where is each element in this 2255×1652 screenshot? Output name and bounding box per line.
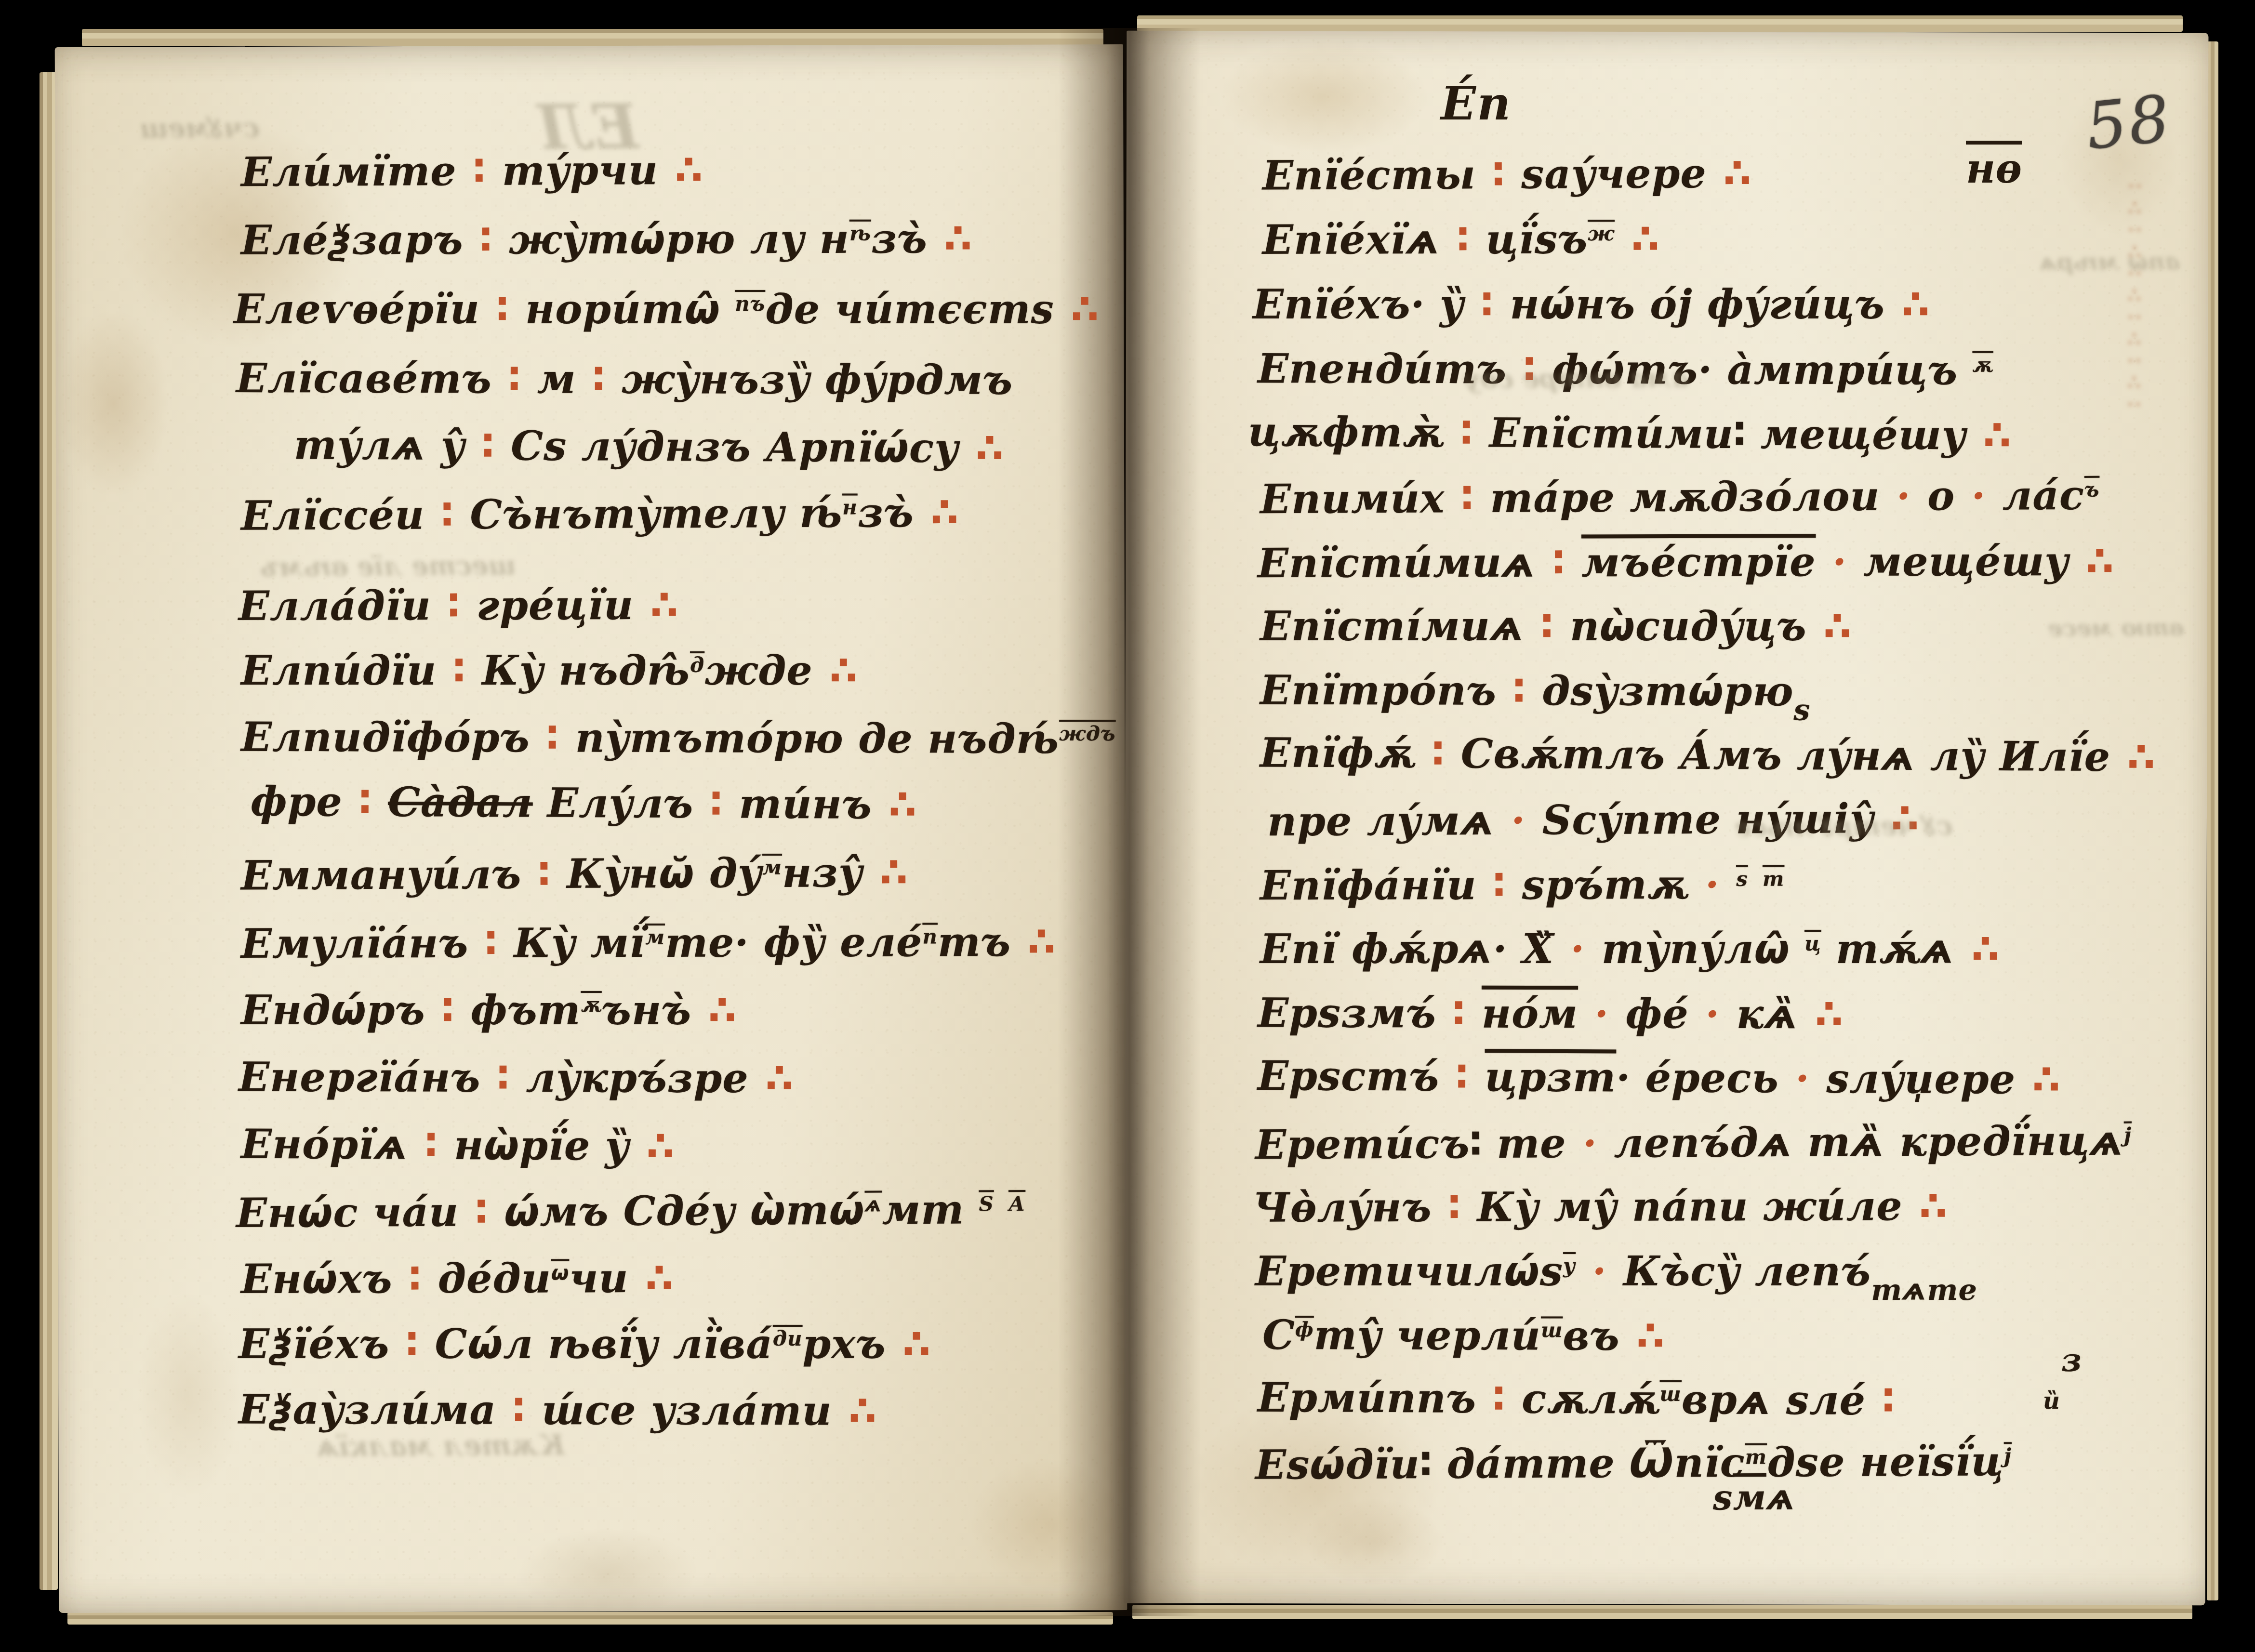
red-separator-mark: ∴ [2125,733,2158,780]
ink-text-segment: врѧ ѕле́ [1682,1375,1881,1424]
red-separator-mark: · [1831,538,1849,585]
ink-text-segment: Епїсті́миѧ [1260,602,1539,650]
ink-text-segment: Елпи́дїи [241,647,451,694]
red-separator-mark: ∴ [1969,925,2002,973]
ink-text-segment: Еммануи́лъ [241,850,536,899]
red-separator-mark: ∶ [1880,1376,1897,1424]
manuscript-line: Елпи́дїи ∶ Ку̀ нъдѣ̂джде ∴ [241,650,860,691]
manuscript-page-left [55,44,1127,1613]
ink-text-segment: м [1733,1477,1766,1518]
red-separator-mark: ∴ [1917,1182,1950,1229]
ink-text-segment: де́ди [423,1255,551,1303]
ink-text-segment: Ено́рїѧ [241,1120,424,1169]
manuscript-line: Ено́рїѧ ∶ нѡ̀рї́е у̏ ∴ [241,1124,677,1166]
ink-text-segment: гре́цїи [462,581,649,629]
show-through-ghost-text: шесте лїе вѣмъ [260,552,516,580]
ink-text-segment: жу̀тѡ́рю лу н [494,215,849,264]
manuscript-line: Еммануи́лъ ∶ Ку̀нѡ̆ ду́мнзу̂ ∴ [241,852,910,896]
ink-text-segment: Ели́мїте [241,147,471,196]
red-separator-mark: · [1581,1119,1600,1167]
show-through-ghost-text: ∶ ∴ ∶ ∴ ∶ ∴ ∶ ∴ ∶ ∴ ∶ [2123,183,2145,407]
show-through-ghost-text: Кѫтел малкїѧ [316,1431,565,1461]
red-separator-mark: ∶ [480,422,496,469]
ink-text-segment: С [1262,1311,1295,1359]
red-separator-mark: ∴ [706,986,738,1034]
page-edge-stack-right [2207,41,2218,1600]
manuscript-line: Ерети́съ∶ те · лепъ́дѧ тѧ̏ кредї́нцѧј [1255,1121,2132,1165]
manuscript-line: Еѯау̀зли́ма ∶ ш́се узла́ти ∴ [239,1389,879,1431]
red-separator-mark: ∶ [511,1386,527,1434]
manuscript-line: Елеѵѳе́рїи ∶ нори́тѡ̂ пъде чи́тєєтѕ ∴ [234,289,1101,330]
book-spread: Е́п нѳ 58 Ели́мїте ∶ ту́рчи ∴Еле́ѯзаръ ∶… [0,0,2255,1652]
ink-text-segment [1816,538,1831,585]
margin-note: и̏ [2043,1389,2060,1413]
ink-text-segment: Елеѵѳе́рїи [234,285,494,333]
manuscript-line: Епїфѫ́ ∶ Свѫ́тлъ А́мъ лу́нѧ лу̏ Илї́е ∴ [1260,732,2158,777]
red-separator-mark: ∴ [1821,602,1854,650]
ink-text-segment [373,778,388,826]
ink-text-segment: пѡ̀сиду́цъ [1555,602,1821,650]
ink-text-segment: Сѡ́л ѣвї́у лї̀ва́ [420,1320,773,1368]
manuscript-line: Епїтро́пъ ∶ дѕу̀зтѡ́рюѕ [1260,670,1811,726]
ink-text-segment: ди [773,1327,803,1350]
ink-text-segment: ѕлу́џере [1812,1055,2030,1103]
red-separator-mark: ∴ [1981,411,2014,459]
red-separator-mark: ∴ [2084,537,2117,585]
quire-mark: нѳ [1966,145,2022,192]
manuscript-line: Емулїа́нъ ∶ Ку̀ мї́мте· фу̏ еле́птъ ∴ [241,922,1058,964]
margin-note: з [2061,1344,2082,1376]
red-separator-mark: ∴ [887,780,919,828]
ink-text-segment: ѕ [1793,693,1810,727]
show-through-ghost-text: апѡ мѣрѧ [2038,250,2180,274]
manuscript-line: Енергїа́нъ ∶ лу̀кръ́зре ∴ [239,1057,796,1099]
ink-text-segment: Епїе́хїѧ [1262,215,1455,264]
ink-text-segment: Ку̀ мї́ [499,919,645,967]
show-through-ghost-text: счꙋмеш [140,114,260,142]
page-edge-stack-bottom-right [1132,1605,2192,1619]
red-separator-mark: · [1509,796,1528,844]
ink-text-segment: нѡ́нъ о́ј фу́ги́цъ [1495,280,1899,328]
ink-text-segment: тѫ́ѧ [1821,925,1969,973]
ink-text-segment: Съ̀нъту̀телу ѣ́ [455,489,843,539]
red-separator-mark: ∶ [708,780,724,827]
red-separator-mark: · [1703,990,1722,1038]
ink-text-segment: Ендѡ́ръ [241,986,440,1034]
manuscript-line: Ерѕзмъ́ ∶ но́м · фе́ · кѧ̏ ∴ [1258,993,1845,1035]
ink-text-segment: Ерѕстъ́ [1258,1052,1454,1100]
ink-text-segment: меще́шу [1849,537,2084,585]
manuscript-line: цѫфтѫ̀ ∶ Епїсти́ми∶ меще́шу ∴ [1248,411,2014,456]
manuscript-line: Еле́ѯзаръ ∶ жу̀тѡ́рю лу нѣзъ̀ ∴ [241,218,975,261]
ink-text-segment: Ерѕзмъ́ [1258,989,1451,1037]
red-separator-mark: ∶ [494,285,511,333]
ink-text-segment: ту̀пу́лѡ̂ [1587,925,1804,973]
ink-text-segment: ш [1541,1318,1563,1342]
ink-text-segment: ла́с [1988,471,2084,519]
red-separator-mark: ∶ [439,490,455,538]
scanned-manuscript-photo: { "document": { "description_label": "Cy… [0,0,2255,1652]
running-header: Е́п [1441,76,1512,131]
red-separator-mark: ∶ [591,355,607,403]
ink-text-segment: дѕу̀зтѡ́рю [1527,667,1794,715]
ink-text-segment: Енѡ́с ча́и [236,1188,474,1237]
ink-text-segment: ту̂ черли́ [1314,1311,1541,1359]
red-separator-mark: ∴ [2030,1056,2063,1103]
red-separator-mark: ∴ [673,146,705,194]
ink-text-segment: Са̀дал [388,778,533,826]
ink-text-segment: ѫ [1972,353,1993,377]
manuscript-line: Елпидїфо́ръ ∶ пу̀тъто́рю де нъдѣ́ждъ [241,717,1116,759]
ink-text-segment: ѕръ́тѫ [1507,860,1703,909]
ink-text-segment: ѧ [864,1192,882,1216]
manuscript-line: Еѯїе́хъ ∶ Сѡ́л ѣвї́у лї̀ва́дирхъ ∴ [239,1324,933,1364]
manuscript-line: Енѡ́хъ ∶ де́диѡчи ∴ [241,1258,676,1299]
ink-text-segment: Енѡ́хъ [241,1255,407,1303]
red-separator-mark: ∴ [901,1320,933,1368]
ink-text-segment: Елпидїфо́ръ [241,713,544,762]
ink-text-segment: ѧ [1766,1477,1796,1518]
stain [483,1510,734,1613]
ink-text-segment: Енергїа́нъ [239,1053,495,1101]
ink-text-segment: фе́ [1611,990,1703,1037]
ink-text-segment: фът [456,986,581,1034]
ink-text-segment: ѡ́мъ Сде́у ѡ̀тѡ́ [490,1186,865,1236]
red-separator-mark: ∶ [440,986,456,1034]
page-edge-stack-top-right [1137,15,2183,32]
ink-text-segment [1722,860,1736,908]
red-separator-mark: ∶ [1459,474,1475,522]
ink-text-segment [1578,990,1592,1037]
ink-text-segment: Епїе́хъ· у̏ [1253,280,1479,328]
ink-text-segment: ѕ [1713,1477,1733,1518]
manuscript-line: Ерѕстъ́ ∶ црзт· е́ресь · ѕлу́џере ∴ [1258,1056,2063,1100]
ink-text-segment: ѕ [1736,867,1748,891]
red-separator-mark: ∶ [407,1255,424,1302]
red-separator-mark: ∴ [1721,149,1754,197]
red-separator-mark: · [1592,990,1611,1037]
page-edge-stack-top-left [82,29,1103,46]
ink-text-segment: т [1763,867,1785,891]
ink-text-segment: Ѕ [979,1192,994,1216]
ink-text-segment: Еѯїе́хъ [239,1320,404,1368]
ink-text-segment: чи [569,1254,643,1302]
red-separator-mark: ∴ [1069,285,1101,333]
ink-text-segment: Ерми́ппъ [1258,1374,1491,1422]
ink-text-segment: Епїсти́ми∶ меще́шу [1474,409,1981,459]
manuscript-line: Елїсаве́тъ ∶ м ∶ жу̀нъзу̏ фу́рдмъ [236,358,1013,400]
ink-text-segment: Епїфѫ́ [1260,728,1430,777]
gutter-shadow [1058,28,1201,1616]
manuscript-line: Еретичилѡ́ѕу · Къ̀су̏ лепъ́тѧте [1255,1251,1977,1305]
manuscript-line: Епї фѫ́рѧ· Х̏ · ту̀пу́лѡ̂ ц тѫ́ѧ ∴ [1260,929,2002,969]
stain [1278,1481,1471,1602]
red-separator-mark: ∶ [544,714,561,761]
ink-text-segment: ждъ [1059,722,1116,745]
ink-text-segment: мъе́стрїе [1581,538,1816,586]
ink-text-segment: Епїфа́нїи [1260,861,1491,909]
ink-text-segment: сѫлѫ́ [1507,1374,1660,1423]
red-separator-mark: ∶ [1454,1053,1470,1100]
red-separator-mark: ∶ [446,582,462,629]
ink-text-segment: ту́лѧ у̂ [294,421,480,469]
ink-text-segment: Елїсаве́тъ [236,354,506,402]
red-separator-mark: · [1568,925,1587,973]
ink-text-segment: фре [251,778,358,826]
red-separator-mark: ∶ [404,1320,421,1368]
manuscript-line: Чѳ̀лу́нъ ∶ Ку̀ му̂ па́пи жи́ле ∴ [1253,1186,1950,1228]
red-separator-mark: ∶ [451,647,467,694]
manuscript-line: Сфту̂ черли́швъ ∴ [1262,1315,1667,1356]
ink-text-segment: ти́нъ [724,780,887,828]
red-separator-mark: ∶ [473,1188,490,1235]
red-separator-mark: ∶ [1459,409,1475,456]
red-separator-mark: ∴ [1813,990,1845,1038]
red-separator-mark: ∶ [495,1054,511,1101]
manuscript-line: Епїе́хїѧ ∶ цї́ѕъж ∴ [1262,219,1662,260]
ink-text-segment: м [762,856,782,879]
red-separator-mark: ∴ [1025,918,1058,965]
ink-text-segment: въ [1563,1311,1634,1359]
red-separator-mark: · [1703,860,1722,908]
show-through-ghost-text: ЕЛ [537,96,639,158]
red-separator-mark: · [1793,1054,1812,1102]
ink-text-segment: жде [704,647,827,694]
red-separator-mark: ∴ [877,848,910,896]
red-separator-mark: ∶ [1539,602,1555,650]
red-separator-mark: ∴ [827,647,860,694]
manuscript-line: Еѕѡ́дїи∶ да́тте Ѿпїстдѕе неїѕї́цј [1255,1441,2012,1485]
ink-text-segment: т [1745,1445,1767,1469]
red-separator-mark: ∴ [643,1254,676,1302]
ink-text-segment: Еретичилѡ́ѕ [1255,1247,1563,1295]
manuscript-line: Епими́х ∶ та́ре мѫдзо́лои · о · ла́съ [1260,475,2100,520]
red-separator-mark: ∶ [1451,989,1467,1037]
manuscript-line: Епїсті́миѧ ∶ пѡ̀сиду́цъ ∴ [1260,606,1854,647]
ink-text-segment: нзу̂ [782,848,878,897]
red-separator-mark: ∶ [1551,539,1567,586]
red-separator-mark: ∶ [536,850,552,898]
red-separator-mark: ∶ [1479,280,1496,328]
ink-text-segment: Еѯау̀зли́ма [239,1385,511,1433]
ink-text-segment: Епїсти́миѧ [1258,539,1551,587]
ink-text-segment: де чи́тєєтѕ [765,285,1069,333]
ink-text-segment: и̏ [2043,1388,2060,1414]
ink-text-segment: нѡ̀рї́е у̏ [439,1121,645,1170]
manuscript-line: Елїссе́и ∶ Съ̀нъту̀телу ѣ́нзъ̀ ∴ [241,492,961,536]
ink-text-segment: Ку̀ му̂ па́пи жи́ле [1462,1182,1917,1230]
ink-text-segment: ј [2004,1444,2012,1467]
ink-text-segment: цї́ѕъ [1471,215,1588,263]
red-separator-mark: ∶ [483,919,499,967]
ink-text-segment: ънъ̀ [602,986,706,1034]
red-separator-mark: ∶ [1491,1374,1507,1422]
ink-text-segment: Елїссе́и [241,491,439,540]
ink-text-segment: Ерети́съ∶ те [1255,1119,1581,1168]
stain [55,273,191,534]
ink-text-segment: Къ̀су̏ лепъ́ [1609,1247,1871,1295]
manuscript-line: ту́лѧ у̂ ∶ Сѕ лу́днзъ Арпїѡ́су ∴ [294,424,1006,468]
ink-text-segment: но́м [1482,990,1578,1037]
red-separator-mark: ∴ [847,1387,879,1434]
ink-text-segment: Сѕ лу́днзъ Арпїѡ́су [496,422,974,472]
ink-text-segment: А [1008,1192,1025,1216]
red-separator-mark: ∶ [1446,1183,1463,1231]
red-separator-mark: · [1894,472,1913,520]
ink-text-segment: н [842,495,858,519]
ink-text-segment: Ку̀ нъдѣ̂ [467,647,690,694]
ink-text-segment: ф [1295,1318,1314,1341]
ink-text-segment: м [522,355,591,402]
ink-text-segment: лу̀кръ́зре [511,1054,763,1102]
ink-text-segment: Елла́дїи [239,582,446,630]
red-separator-mark: · [1590,1247,1608,1295]
ink-text-segment [1567,539,1581,586]
manuscript-line: Епїе́хъ· у̏ ∶ нѡ́нъ о́ј фу́ги́цъ ∴ [1253,284,1932,325]
red-separator-mark: ∴ [644,1122,677,1170]
red-separator-mark: ∶ [1491,861,1508,909]
ink-text-segment [1470,1053,1485,1100]
red-separator-mark: ∶ [1511,667,1527,714]
red-separator-mark: ∶ [423,1121,439,1169]
ink-text-segment: о [1913,472,1970,520]
ink-text-segment: Епими́х [1260,474,1459,523]
ink-text-segment: ш [1659,1382,1682,1406]
catchword: ѕмѧ [1713,1480,1796,1515]
ink-text-segment: ѫ [581,993,601,1017]
ink-text-segment: Чѳ̀лу́нъ [1253,1183,1446,1231]
ink-text-segment: цѫфтѫ̀ [1248,408,1459,456]
red-separator-mark: ∶ [478,216,494,264]
red-separator-mark: ∶ [1490,150,1507,198]
ink-text-segment: ј [2124,1123,2132,1147]
manuscript-line: Епїсти́миѧ ∶ мъе́стрїе · меще́шу ∴ [1258,541,2116,583]
ink-text-segment: пъ [735,292,765,316]
ink-text-segment: ѕау́чере [1507,149,1722,198]
ink-text-segment: д [690,653,704,677]
ink-text-segment: Свѫ́тлъ А́мъ лу́нѧ лу̏ Илї́е [1446,729,2125,780]
ink-text-segment: Ку̀нѡ̆ ду́ [552,849,763,898]
ink-text-segment [1576,1247,1590,1295]
red-separator-mark: ∶ [506,355,523,402]
ink-text-segment: та́ре мѫдзо́лои [1475,472,1895,522]
red-separator-mark: ∴ [1634,1312,1667,1360]
ink-text-segment: ш́се узла́ти [527,1386,847,1435]
ink-text-segment: Елу́лъ [533,779,708,827]
manuscript-line: Ендѡ́ръ ∶ фътѫънъ̀ ∴ [241,990,739,1031]
ink-text-segment: кѧ̏ [1722,990,1813,1038]
ink-text-segment: рхъ [803,1320,901,1368]
ink-text-segment: Еѕѡ́дїи∶ да́тте Ѿпїс [1255,1439,1745,1489]
show-through-ghost-text: втю месе [2048,616,2184,640]
red-separator-mark: ∴ [648,581,681,629]
red-separator-mark: ∴ [973,424,1006,472]
ink-text-segment: ъ [2084,478,2100,502]
red-separator-mark: ∴ [1629,215,1662,263]
red-separator-mark: ∴ [763,1054,796,1102]
ink-text-segment: ѡ [551,1261,570,1284]
ink-text-segment [1467,990,1481,1037]
ink-text-segment: у [1563,1254,1576,1278]
red-separator-mark: ∶ [357,778,373,826]
ink-text-segment: Емулїа́нъ [241,919,483,967]
ink-text-segment [1615,215,1629,263]
ink-text-segment: з [2061,1341,2083,1379]
manuscript-line: Епїфа́нїи ∶ ѕръ́тѫ · ѕ т [1260,864,1785,906]
ink-text-segment: ѣ [849,222,871,245]
ink-text-segment: ц [1804,932,1821,955]
red-separator-mark: ∶ [1455,215,1471,263]
ink-text-segment: жу̀нъзу̏ фу́рдмъ [607,355,1013,404]
ink-text-segment: зъ̀ [871,214,942,262]
manuscript-line: фре ∶ Са̀дал Елу́лъ ∶ ти́нъ ∴ [251,781,919,825]
manuscript-line: Елла́дїи ∶ гре́цїи ∴ [239,585,681,626]
manuscript-line: Ерми́ппъ ∶ сѫлѫ́шврѧ ѕле́ ∶ [1258,1377,1897,1421]
ink-text-segment: Еле́ѯзаръ [241,216,478,264]
ink-text-segment [994,1185,1009,1233]
page-number: 58 [2083,81,2175,164]
ink-text-segment: Епї фѫ́рѧ· Х̏ [1260,925,1568,973]
ink-text-segment: тѧте [1871,1273,1977,1307]
manuscript-line: Енѡ́с ча́и ∶ ѡ́мъ Сде́у ѡ̀тѡ́ѧмт Ѕ А [236,1189,1026,1233]
show-through-ghost-text: сꙋ четрꙋ лѣсе [1735,812,1953,840]
ink-text-segment: ж [1588,222,1615,245]
ink-text-segment: зъ̀ [858,489,929,537]
red-separator-mark: ∶ [1430,729,1446,777]
red-separator-mark: ∴ [942,214,975,262]
show-through-ghost-text: ама внтре соу [1465,364,1689,392]
ink-text-segment: пре лу́мѧ [1267,796,1510,845]
ink-text-segment: пу̀тъто́рю де нъдѣ́ [560,714,1059,763]
ink-text-segment: м [645,925,665,949]
ink-text-segment: п [922,925,938,949]
manuscript-line: Епїе́сты ∶ ѕау́чере ∴ [1262,153,1754,196]
ink-text-segment: лепъ́дѧ тѧ̏ кредї́нцѧ [1599,1117,2124,1167]
ink-text-segment: Епїе́сты [1262,150,1491,199]
ink-text-segment: · е́ресь [1616,1054,1793,1102]
red-separator-mark: ∶ [471,147,488,195]
ink-text-segment [1748,860,1763,908]
red-separator-mark: · [1969,472,1988,519]
ink-text-segment: те· фу̏ еле́ [665,918,923,966]
ink-text-segment: нори́тѡ̂ [511,285,735,333]
page-edge-stack-bottom-left [67,1612,1113,1625]
ink-text-segment: Епїтро́пъ [1260,666,1511,714]
red-separator-mark: ∴ [1899,280,1932,328]
red-separator-mark: ∴ [929,488,961,536]
ink-text-segment: дѕе неїѕї́ц [1767,1437,2004,1486]
ink-text-segment: мт [882,1185,979,1233]
ink-text-segment: црзт [1485,1053,1616,1101]
ink-text-segment: тъ [938,918,1025,965]
